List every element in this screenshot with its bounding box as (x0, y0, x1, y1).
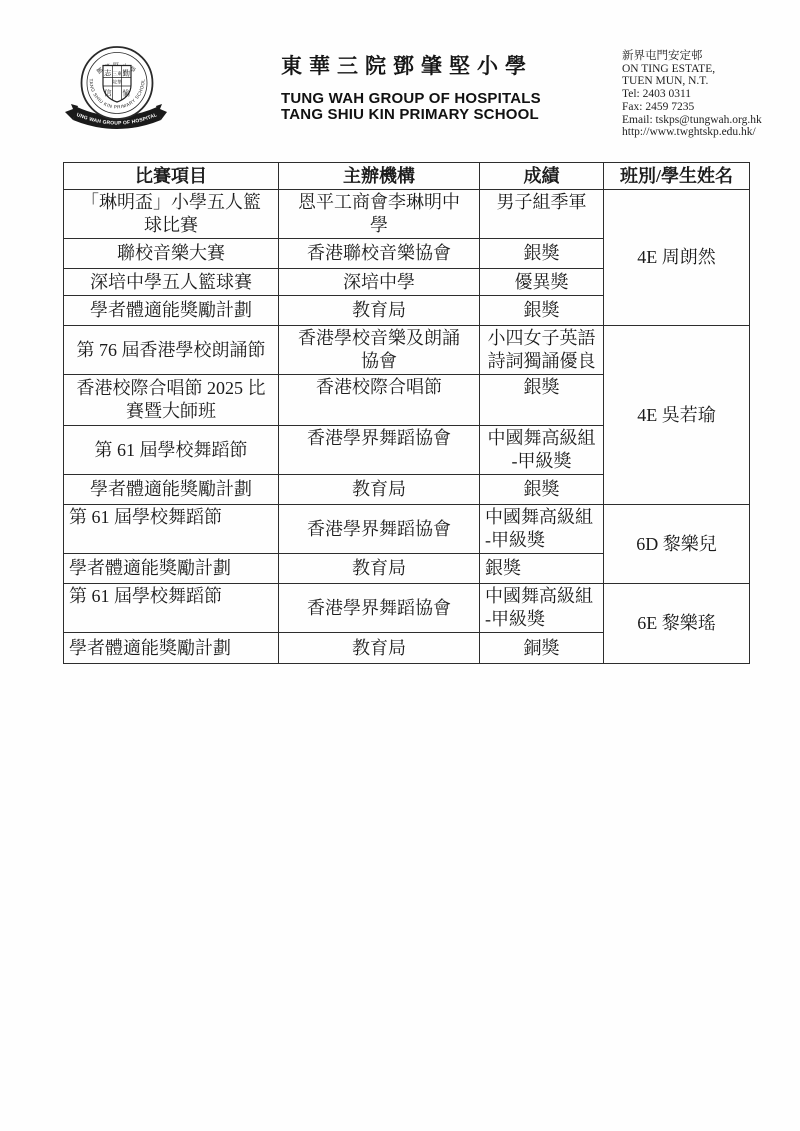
table-cell: 香港學界舞蹈協會 (279, 505, 480, 554)
contact-line-tel: Tel: 2403 0311 (622, 88, 798, 101)
table-cell: 中國舞高級組 -甲級獎 (480, 584, 604, 633)
school-name-english: TUNG WAH GROUP OF HOSPITALS TANG SHIU KI… (281, 91, 581, 123)
table-cell: 銅獎 (480, 633, 604, 664)
table-cell: 聯校音樂大賽 (64, 239, 279, 269)
table-cell: 教育局 (279, 554, 480, 584)
school-crest-logo: TUNG WAH GROUP OF HOSPITALS 鄧肇堅小學 TANG S… (62, 44, 168, 142)
shield-char-tr: 勤 (123, 68, 131, 78)
school-name-chinese: 東華三院鄧肇堅小學 (281, 50, 581, 80)
table-cell: 香港校際合唱節 (279, 375, 480, 426)
shield-char-center-4: 華 (117, 79, 122, 86)
table-cell: 小四女子英語 詩詞獨誦優良 (480, 326, 604, 375)
table-cell: 學者體適能獎勵計劃 (64, 633, 279, 664)
student-name-cell: 4E 吳若瑜 (604, 326, 750, 505)
table-cell: 第 61 屆學校舞蹈節 (64, 505, 279, 554)
table-cell: 第 76 屆香港學校朗誦節 (64, 326, 279, 375)
school-title-block: 東華三院鄧肇堅小學 TUNG WAH GROUP OF HOSPITALS TA… (281, 50, 581, 123)
contact-line-address-zh: 新界屯門安定邨 (622, 50, 798, 63)
table-cell: 中國舞高級組 -甲級獎 (480, 505, 604, 554)
contact-line-estate: ON TING ESTATE, (622, 63, 798, 76)
table-cell: 銀獎 (480, 475, 604, 505)
student-name-cell: 4E 周朗然 (604, 190, 750, 326)
column-header-organizer: 主辦機構 (279, 163, 480, 190)
table-cell: 銀獎 (480, 554, 604, 584)
student-name-cell: 6E 黎樂瑤 (604, 584, 750, 664)
awards-table-body: 「琳明盃」小學五人籃 球比賽恩平工商會李琳明中 學男子組季軍4E 周朗然聯校音樂… (64, 190, 750, 664)
shield-char-tl: 志 (104, 68, 112, 78)
table-row: 「琳明盃」小學五人籃 球比賽恩平工商會李琳明中 學男子組季軍4E 周朗然 (64, 190, 750, 239)
table-row: 第 61 屆學校舞蹈節香港學界舞蹈協會中國舞高級組 -甲級獎6D 黎樂兒 (64, 505, 750, 554)
contact-line-district: TUEN MUN, N.T. (622, 75, 798, 88)
table-header-row: 比賽項目 主辦機構 成績 班別/學生姓名 (64, 163, 750, 190)
table-cell: 「琳明盃」小學五人籃 球比賽 (64, 190, 279, 239)
table-cell: 銀獎 (480, 296, 604, 326)
table-cell: 香港學界舞蹈協會 (279, 584, 480, 633)
contact-line-website: http://www.twghtskp.edu.hk/ (622, 126, 798, 139)
table-cell: 恩平工商會李琳明中 學 (279, 190, 480, 239)
scanned-document-page: TUNG WAH GROUP OF HOSPITALS 鄧肇堅小學 TANG S… (0, 0, 800, 1131)
table-cell: 深培中學 (279, 269, 480, 296)
table-cell: 深培中學五人籃球賽 (64, 269, 279, 296)
table-cell: 教育局 (279, 475, 480, 505)
table-cell: 銀獎 (480, 239, 604, 269)
table-cell: 學者體適能獎勵計劃 (64, 554, 279, 584)
column-header-competition: 比賽項目 (64, 163, 279, 190)
table-cell: 學者體適能獎勵計劃 (64, 296, 279, 326)
shield-char-center-2: 東 (117, 70, 122, 77)
table-row: 第 76 屆香港學校朗誦節香港學校音樂及朗誦 協會小四女子英語 詩詞獨誦優良4E… (64, 326, 750, 375)
table-cell: 優異獎 (480, 269, 604, 296)
school-name-english-line1: TUNG WAH GROUP OF HOSPITALS (281, 91, 581, 107)
table-cell: 學者體適能獎勵計劃 (64, 475, 279, 505)
table-cell: 第 61 屆學校舞蹈節 (64, 584, 279, 633)
school-name-english-line2: TANG SHIU KIN PRIMARY SCHOOL (281, 107, 581, 123)
shield-char-bl: 信 (104, 88, 112, 98)
table-cell: 男子組季軍 (480, 190, 604, 239)
table-cell: 第 61 屆學校舞蹈節 (64, 426, 279, 475)
shield-char-br: 愉 (123, 88, 131, 98)
table-cell: 教育局 (279, 296, 480, 326)
table-cell: 香港學校音樂及朗誦 協會 (279, 326, 480, 375)
column-header-class-student: 班別/學生姓名 (604, 163, 750, 190)
table-cell: 香港學界舞蹈協會 (279, 426, 480, 475)
student-name-cell: 6D 黎樂兒 (604, 505, 750, 584)
logo-shield: 志 勤 信 愉 三 東 院 華 (103, 66, 131, 103)
table-cell: 教育局 (279, 633, 480, 664)
table-cell: 香港聯校音樂協會 (279, 239, 480, 269)
contact-line-fax: Fax: 2459 7235 (622, 101, 798, 114)
table-cell: 銀獎 (480, 375, 604, 426)
table-row: 第 61 屆學校舞蹈節香港學界舞蹈協會中國舞高級組 -甲級獎6E 黎樂瑤 (64, 584, 750, 633)
contact-block: 新界屯門安定邨 ON TING ESTATE, TUEN MUN, N.T. T… (622, 50, 798, 139)
awards-table: 比賽項目 主辦機構 成績 班別/學生姓名 「琳明盃」小學五人籃 球比賽恩平工商會… (63, 162, 750, 664)
contact-line-email: Email: tskps@tungwah.org.hk (622, 114, 798, 127)
table-cell: 香港校際合唱節 2025 比 賽暨大師班 (64, 375, 279, 426)
column-header-result: 成績 (480, 163, 604, 190)
table-cell: 中國舞高級組 -甲級獎 (480, 426, 604, 475)
